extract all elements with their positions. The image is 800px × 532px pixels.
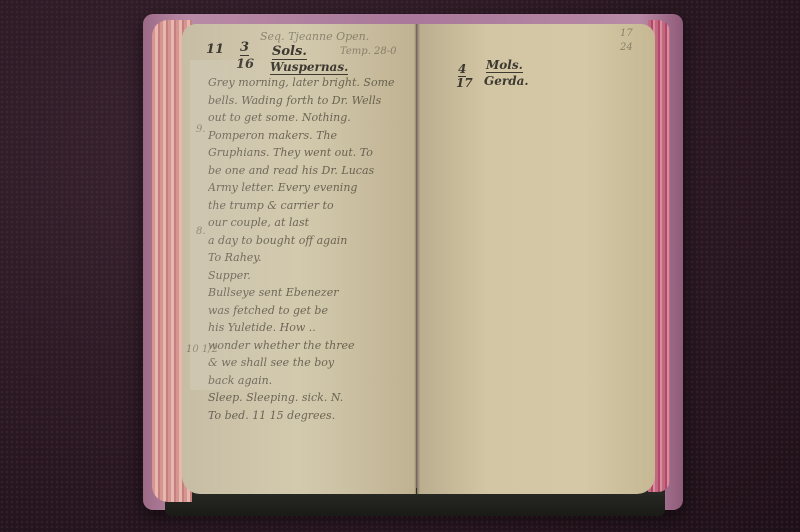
left-date-top: 3	[240, 40, 249, 56]
right-date-bottom: 17	[456, 76, 473, 90]
right-day-top: Mols.	[486, 58, 523, 73]
right-corner-number-top: 17	[620, 28, 633, 39]
left-header-right: Temp. 28-0	[340, 46, 397, 57]
note-line: To bed. 11 15 degrees.	[208, 407, 413, 425]
photo-scene: Seq. Tjeanne Open. 11 3 16 Sols. Wuspern…	[0, 0, 800, 532]
note-line: Sleep. Sleeping. sick. N.	[208, 389, 413, 407]
left-header-line: Seq. Tjeanne Open.	[260, 30, 369, 43]
right-date-top: 4	[458, 62, 466, 77]
page-gutter	[414, 24, 420, 494]
right-corner-number-bottom: 24	[620, 42, 633, 53]
left-day-top: Sols.	[272, 44, 307, 60]
light-glare	[190, 60, 290, 390]
right-day-bottom: Gerda.	[484, 74, 529, 88]
left-entry-number: 11	[206, 42, 224, 57]
right-page	[417, 24, 655, 494]
